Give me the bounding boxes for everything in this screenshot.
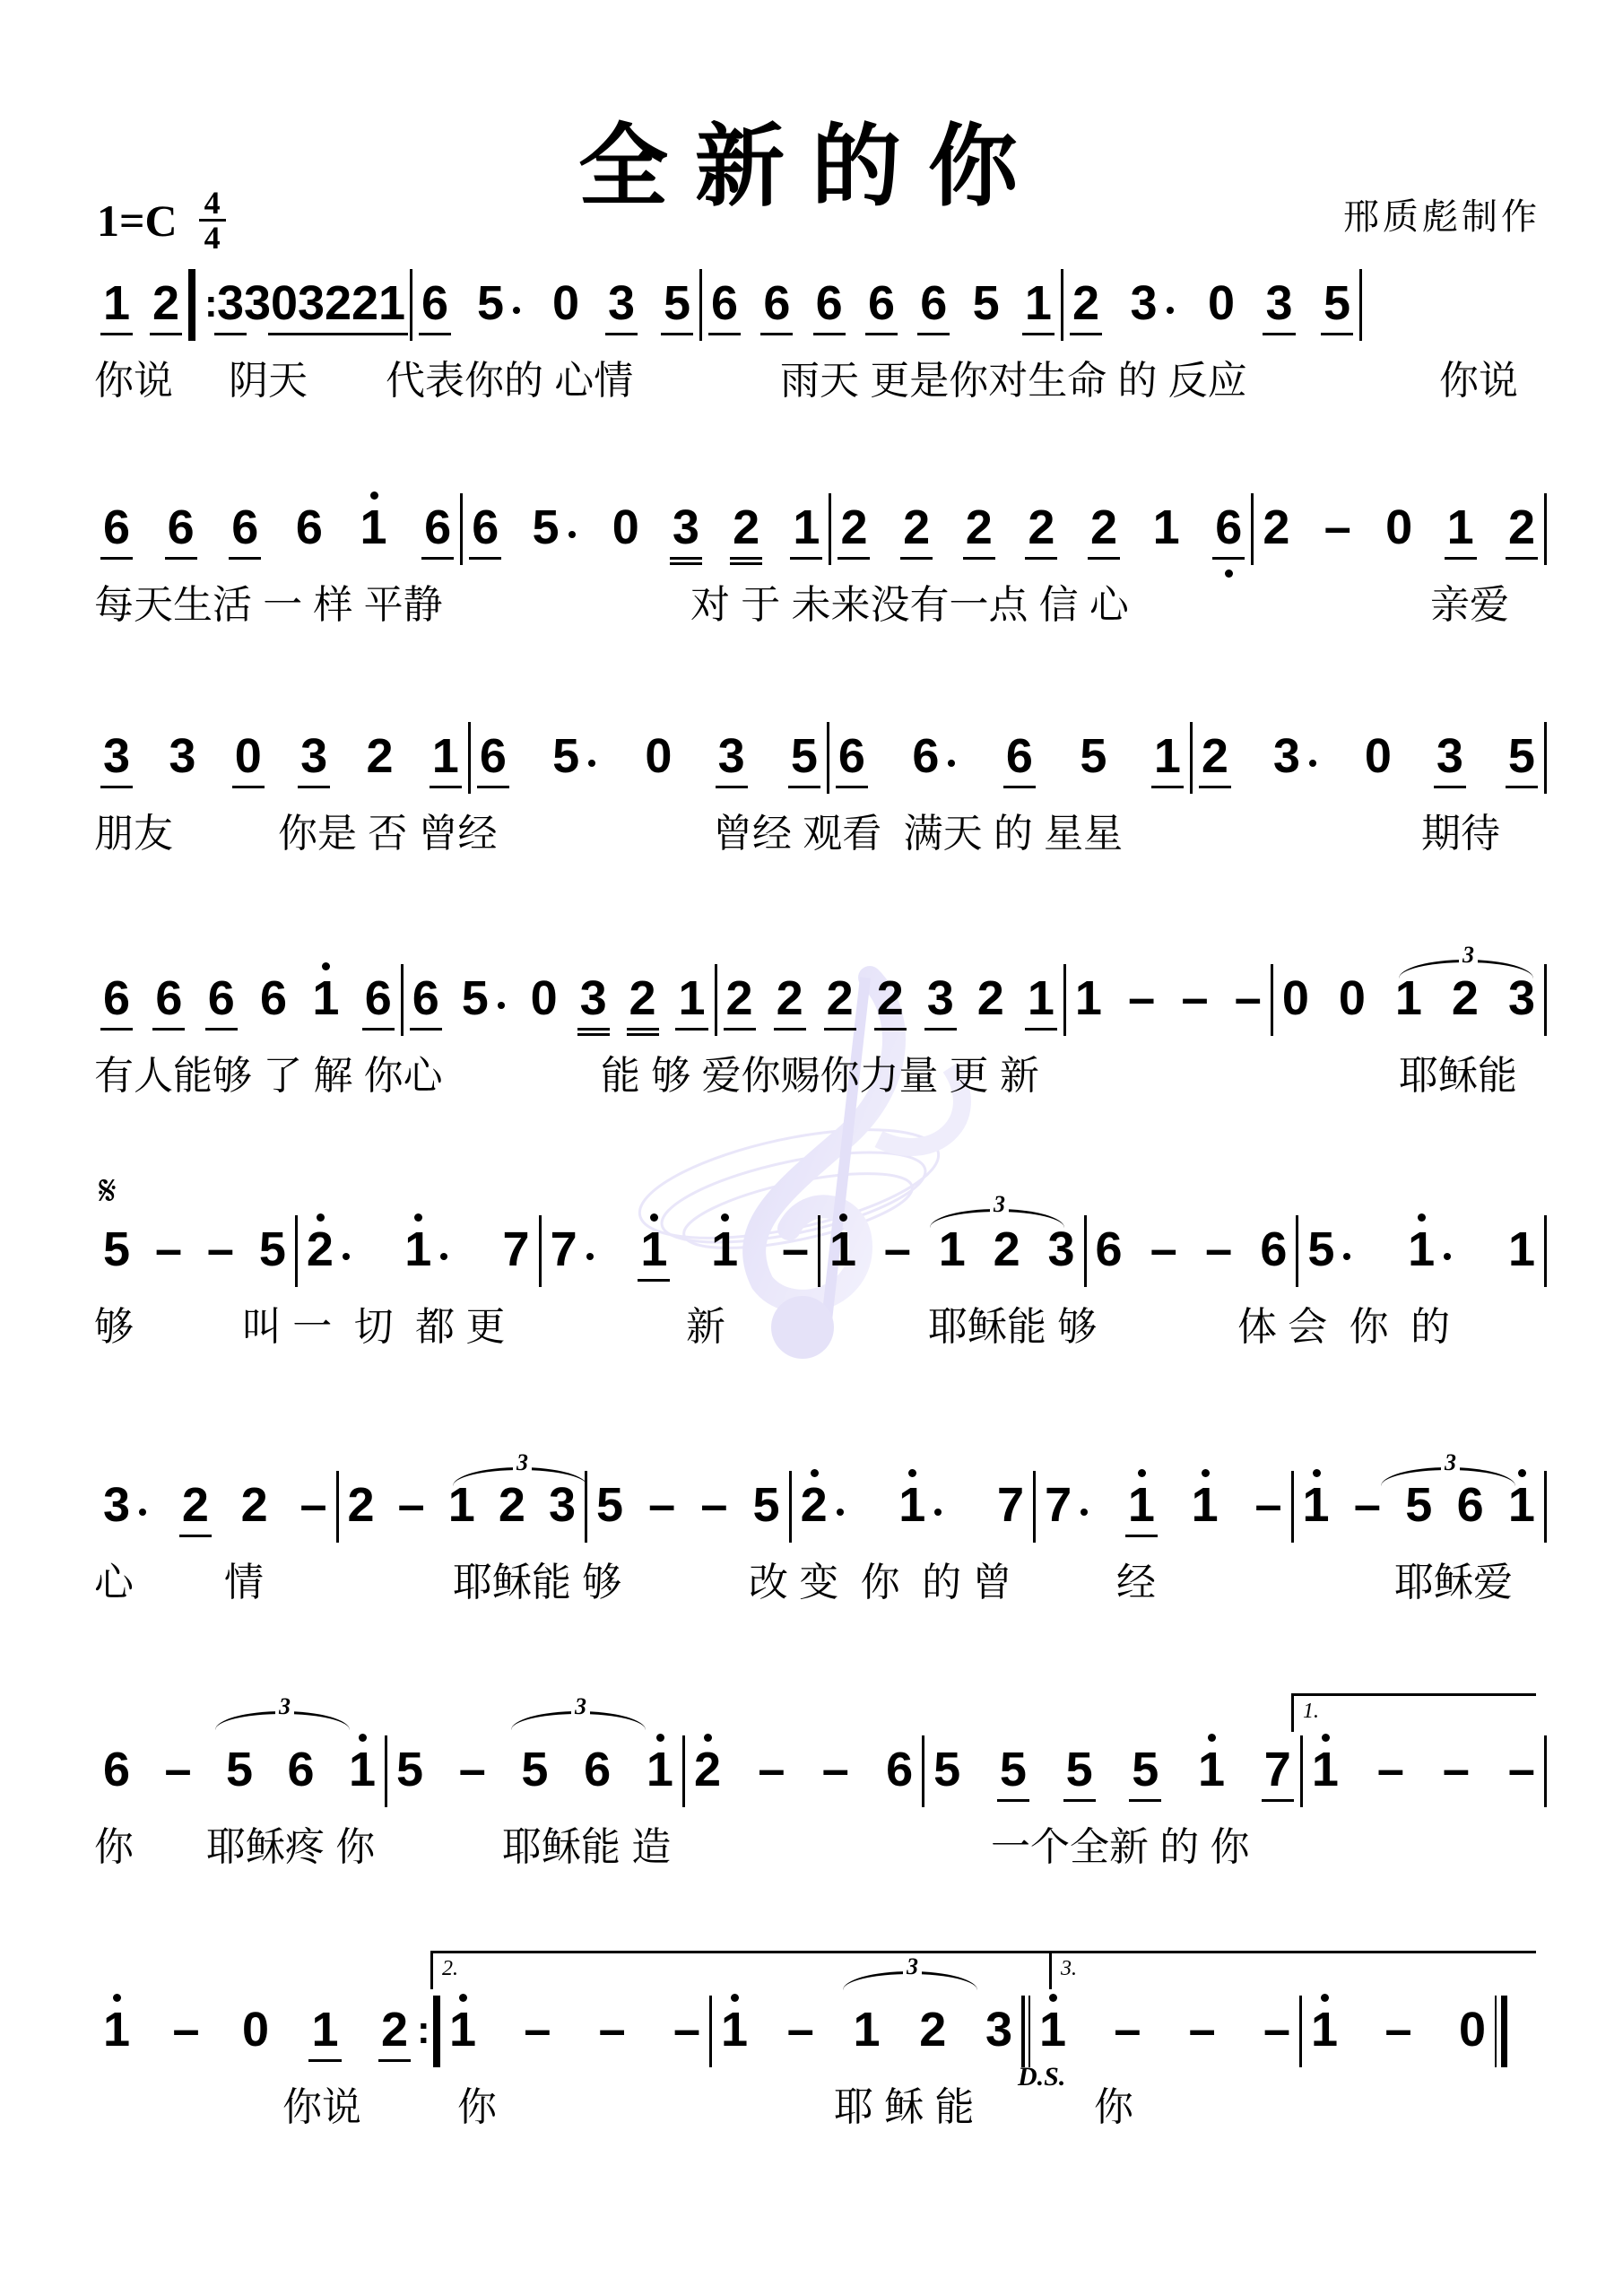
note-digit: 1 [721, 2003, 748, 2057]
note: 7 [1045, 1471, 1072, 1543]
note-digit: – [524, 2003, 551, 2057]
triplet-number: 3 [990, 1191, 1009, 1218]
note: 2 [1263, 493, 1289, 565]
note-digit: 5 [973, 276, 1000, 330]
dash: – [1150, 1215, 1177, 1287]
note: 5 [1324, 269, 1350, 341]
note: 1 [312, 964, 339, 1036]
time-signature-bottom: 4 [204, 222, 221, 254]
note-digit: 3 [169, 729, 195, 783]
measure: 1–012 [94, 1996, 417, 2067]
note-digit: 6 [584, 1743, 611, 1796]
note: 6 [103, 493, 130, 565]
note: 2 [694, 1735, 721, 1807]
note-digit: 1 [1039, 2003, 1066, 2057]
note-digit: 2 [152, 276, 179, 330]
note: 1 [898, 1471, 925, 1543]
note: 3 [217, 269, 244, 341]
note: 3 [169, 722, 195, 794]
barline-single [1544, 493, 1547, 565]
barline-repeatstart [188, 269, 208, 341]
note: 6 [912, 722, 939, 794]
octave-up-dot [650, 1213, 658, 1222]
note-digit: 2 [182, 1478, 209, 1532]
note: 5 [1000, 1735, 1027, 1807]
lyric: 雨天 更是你对生命 的 反应 [780, 348, 1247, 405]
dash: – [1114, 1996, 1141, 2067]
note-digit: 5 [396, 1743, 423, 1796]
note: 0 [612, 493, 639, 565]
dash: – [1189, 1996, 1216, 2067]
note: 6 [886, 1735, 913, 1807]
measure: 1–123 [712, 1996, 1021, 2067]
note-digit: 2 [1090, 500, 1117, 554]
note: 1 [853, 1996, 880, 2067]
note-digit: 5 [521, 1743, 548, 1796]
note-digit: 5 [532, 500, 559, 554]
note-digit: 6 [1006, 729, 1033, 783]
note-digit: 1 [1508, 1478, 1535, 1532]
note: 5 [664, 269, 690, 341]
note-digit: 5 [259, 1222, 286, 1276]
score-row: 6–5615–5612––65555171–––你耶稣疼 你耶稣能 造一个全新 … [94, 1735, 1547, 1843]
note-digit: 1 [360, 500, 387, 554]
note-digit: 2 [726, 971, 753, 1025]
note: 2 [1028, 493, 1055, 565]
note-digit: 1 [1198, 1743, 1225, 1796]
note-digit: – [599, 2003, 626, 2057]
lyrics-line: 每天生活 一 样 平静对 于 未来没有一点 信 心亲爱 [94, 572, 1547, 626]
note-digit: – [1377, 1743, 1404, 1796]
notes-line: 66661665032122222162–012 [94, 493, 1547, 565]
note-digit: 1 [829, 1222, 856, 1276]
octave-up-dot [1202, 1469, 1210, 1477]
dash: – [1205, 1215, 1232, 1287]
note-digit: 5 [753, 1478, 780, 1532]
note: 5 [259, 1215, 286, 1287]
note-digit: 5 [226, 1743, 253, 1796]
dash: – [822, 1735, 849, 1807]
note: 7 [1264, 1735, 1291, 1807]
note-digit: 6 [260, 971, 287, 1025]
note-digit: 6 [168, 500, 195, 554]
measure: 5––5 [587, 1471, 789, 1543]
note-digit: 3 [103, 729, 130, 783]
note: 3 [673, 493, 699, 565]
measure: 3303221 [208, 269, 410, 341]
note-digit: – [758, 1743, 785, 1796]
note-digit: 3 [1436, 729, 1463, 783]
note: 0 [1282, 964, 1309, 1036]
lyrics-line: 够叫 一 切 都 更新耶稣能 够体 会 你 的 [94, 1294, 1547, 1348]
note: 1 [103, 1996, 130, 2067]
note-digit: 5 [1000, 1743, 1027, 1796]
triplet-number: 3 [513, 1449, 532, 1476]
note-digit: – [1384, 2003, 1411, 2057]
note: 6 [103, 1735, 130, 1807]
note-digit: – [1443, 1743, 1470, 1796]
measure: 666616 [94, 493, 460, 565]
note: 1 [1154, 722, 1181, 794]
note-digit: 2 [694, 1743, 721, 1796]
note: 1 [360, 493, 387, 565]
dash: – [1263, 1996, 1290, 2067]
note: 1 [1508, 1215, 1535, 1287]
note-digit: 6 [424, 500, 451, 554]
note: 1 [1028, 964, 1055, 1036]
notes-line: 322–2–1235––5217711–1–561 [94, 1471, 1547, 1543]
measure: 6666651 [702, 269, 1061, 341]
barline-double [1021, 1996, 1030, 2067]
note-digit: 1 [1408, 1222, 1435, 1276]
note-digit: 2 [827, 971, 854, 1025]
lyric: 能 够 爱你赐你力量 更 新 [601, 1043, 1039, 1100]
measure: 1––– [1303, 1735, 1544, 1807]
lyric: 心 [94, 1550, 134, 1607]
note-digit: 0 [242, 2003, 269, 2057]
measure: 5––5 [94, 1215, 295, 1287]
note: 2 [877, 964, 904, 1036]
triplet-number: 3 [571, 1693, 590, 1720]
note: 5 [103, 1215, 130, 1287]
lyric: 耶稣能 够 [453, 1550, 621, 1607]
note-digit: 1 [311, 2003, 338, 2057]
note: 6 [1215, 493, 1242, 565]
lyric: 代表你的 心情 [386, 348, 633, 405]
dash: – [1354, 1471, 1381, 1543]
note-digit: 0 [235, 729, 262, 783]
note: 5 [477, 269, 504, 341]
note-digit: 7 [1045, 1478, 1072, 1532]
volta-bracket: 2. [430, 1951, 1052, 1989]
note-digit: 0 [645, 729, 672, 783]
augmentation-dot [513, 307, 520, 314]
note-digit: 1 [1075, 971, 1102, 1025]
note: 6 [816, 269, 843, 341]
note-digit: 1 [647, 1743, 673, 1796]
note-digit: 6 [103, 971, 130, 1025]
note: 5 [933, 1735, 960, 1807]
note-digit: – [1205, 1222, 1232, 1276]
note: 2 [903, 493, 930, 565]
note-digit: 2 [629, 971, 656, 1025]
note-digit: 5 [596, 1478, 623, 1532]
measure: 711– [1036, 1471, 1290, 1543]
augmentation-dot [343, 1253, 350, 1260]
note-digit: 5 [1132, 1743, 1159, 1796]
octave-up-dot [317, 1213, 325, 1222]
octave-up-dot [1518, 1469, 1526, 1477]
barline-single [1359, 269, 1362, 341]
note: 0 [271, 269, 298, 341]
note-digit: 7 [503, 1222, 530, 1276]
note: 1 [1312, 1735, 1339, 1807]
measure: 6––6 [1087, 1215, 1297, 1287]
note-digit: 6 [208, 971, 235, 1025]
note: 7 [503, 1215, 530, 1287]
note: 2 [726, 964, 753, 1036]
dash: – [648, 1471, 675, 1543]
lyric: 亲爱 [1430, 572, 1509, 630]
note-digit: – [398, 1478, 425, 1532]
dash: – [524, 1996, 551, 2067]
note: 6 [231, 493, 258, 565]
barline-single [1544, 1215, 1547, 1287]
note: 0 [235, 722, 262, 794]
lyric: 经 [1116, 1550, 1156, 1607]
note-digit: 1 [432, 729, 459, 783]
note: 2 [381, 1996, 408, 2067]
dash: – [459, 1735, 486, 1807]
measure: 1––– [440, 1996, 709, 2067]
measure: 322– [94, 1471, 336, 1543]
note-digit: 6 [920, 276, 947, 330]
note-digit: 2 [348, 1478, 375, 1532]
note: 1 [1408, 1215, 1435, 1287]
note-digit: – [1324, 500, 1351, 554]
note: 2 [977, 964, 1004, 1036]
dash: – [673, 1996, 700, 2067]
note: 0 [242, 1996, 269, 2067]
measure: 66651 [829, 722, 1190, 794]
score-row: 66661665032122222162–012每天生活 一 样 平静对 于 未… [94, 493, 1547, 601]
note: 5 [1066, 1735, 1093, 1807]
lyric: 朋友 [94, 801, 173, 858]
note-digit: 2 [325, 276, 352, 330]
note-digit: – [1508, 1743, 1535, 1796]
lyrics-line: 心情耶稣能 够改 变 你 的 曾经耶稣爱 [94, 1550, 1547, 1604]
note: 2 [840, 493, 867, 565]
note: 6 [1260, 1215, 1287, 1287]
note-digit: 3 [103, 1478, 130, 1532]
note-digit: 1 [103, 2003, 130, 2057]
barline-single [1544, 964, 1547, 1036]
score-row: 330321650356665123035朋友你是 否 曾经曾经 观看 满天 的… [94, 722, 1547, 830]
note: 5 [973, 269, 1000, 341]
note: 2 [366, 722, 393, 794]
note-digit: 6 [763, 276, 790, 330]
lyric: 耶 稣 能 [834, 2074, 985, 2132]
note: 5 [462, 964, 489, 1036]
note: 1 [1192, 1471, 1219, 1543]
note-digit: 6 [1260, 1222, 1287, 1276]
note-digit: 1 [711, 1222, 738, 1276]
notes-line: 66661665032122223211–––00123 [94, 964, 1547, 1036]
note-digit: 6 [838, 729, 865, 783]
key-signature: 1=C 4 4 [97, 187, 226, 254]
note-digit: 2 [977, 971, 1004, 1025]
note: 1 [678, 964, 705, 1036]
augmentation-dot [1444, 1253, 1451, 1260]
note: 5 [1508, 722, 1535, 794]
note: 3 [300, 722, 327, 794]
note-digit: 0 [1459, 2003, 1486, 2057]
key-label: 1=C [97, 195, 178, 247]
note-digit: 2 [801, 1478, 828, 1532]
note: 2 [629, 964, 656, 1036]
note: 2 [182, 1471, 209, 1543]
note-digit: 5 [1508, 729, 1535, 783]
note-digit: 1 [1025, 276, 1052, 330]
note: 1 [432, 722, 459, 794]
note: 2 [1508, 493, 1535, 565]
note-digit: 2 [1028, 500, 1055, 554]
score-row: 322–2–1235––5217711–1–561心情耶稣能 够改 变 你 的 … [94, 1471, 1547, 1578]
note: 6 [480, 722, 507, 794]
note: 3 [1273, 722, 1300, 794]
note: 0 [645, 722, 672, 794]
note: 6 [155, 964, 182, 1036]
measure: 2––6 [685, 1735, 922, 1807]
octave-up-dot [1321, 1994, 1329, 2002]
measure: 330321 [94, 722, 468, 794]
note: 1 [711, 1215, 738, 1287]
note-digit: – [884, 1222, 911, 1276]
note-digit: 3 [244, 276, 271, 330]
barline-single [1544, 722, 1547, 794]
measure: 650321 [463, 493, 829, 565]
lyric: 你 [457, 2074, 497, 2132]
note: 6 [584, 1735, 611, 1807]
note: 2 [733, 493, 759, 565]
note-digit: 3 [1265, 276, 1292, 330]
note-digit: 0 [1365, 729, 1392, 783]
note-digit: 6 [472, 500, 499, 554]
note: 6 [868, 269, 895, 341]
note-digit: 6 [155, 971, 182, 1025]
note-digit: 0 [1339, 971, 1366, 1025]
lyric: 你是 否 曾经 [278, 801, 497, 858]
note-digit: 1 [349, 1743, 376, 1796]
note: 3 [1130, 269, 1157, 341]
barline-single [1544, 1471, 1547, 1543]
note-digit: 6 [103, 1743, 130, 1796]
note: 6 [365, 964, 392, 1036]
dash: – [1128, 964, 1155, 1036]
note: 3 [608, 269, 635, 341]
note-digit: 6 [912, 729, 939, 783]
note-digit: 2 [733, 500, 759, 554]
note: 5 [596, 1471, 623, 1543]
note-digit: 1 [312, 971, 339, 1025]
note-digit: 2 [366, 729, 393, 783]
note: 1 [349, 1735, 376, 1807]
note-digit: – [673, 2003, 700, 2057]
note-digit: 2 [919, 2003, 946, 2057]
dash: – [172, 1996, 199, 2067]
measure: 217 [298, 1215, 539, 1287]
octave-up-dot [839, 1213, 847, 1222]
octave-up-dot [1049, 1994, 1057, 2002]
note-digit: – [172, 2003, 199, 2057]
note-digit: – [1235, 971, 1262, 1025]
lyric: 阴天 [229, 348, 308, 405]
measure: 2222216 [831, 493, 1251, 565]
measure: 511 [1298, 1215, 1544, 1287]
note-digit: 2 [903, 500, 930, 554]
octave-up-dot [459, 1994, 467, 2002]
note-digit: – [1189, 2003, 1216, 2057]
note-digit: 3 [985, 2003, 1012, 2057]
octave-up-dot [731, 1994, 739, 2002]
note-digit: 1 [449, 2003, 476, 2057]
lyric: 耶稣能 造 [502, 1814, 671, 1872]
note: 5 [1132, 1735, 1159, 1807]
note-digit: – [459, 1743, 486, 1796]
note-digit: 6 [103, 500, 130, 554]
note-digit: 6 [421, 276, 448, 330]
lyric: 新 [686, 1294, 725, 1352]
notes-line: 330321650356665123035 [94, 722, 1547, 794]
dal-segno-mark: D.S. [1018, 2062, 1065, 2092]
lyrics-line: 有人能够 了 解 你心能 够 爱你赐你力量 更 新耶稣能 [94, 1043, 1547, 1097]
barline-single [1544, 1735, 1547, 1807]
note: 6 [424, 493, 451, 565]
note: 6 [472, 493, 499, 565]
note-digit: 6 [1096, 1222, 1123, 1276]
note: 1 [404, 1215, 431, 1287]
measure: 650321 [404, 964, 715, 1036]
note-digit: 1 [678, 971, 705, 1025]
note-digit: 1 [404, 1222, 431, 1276]
note-digit: 1 [1154, 729, 1181, 783]
note-digit: 3 [217, 276, 244, 330]
note: 1 [311, 1996, 338, 2067]
volta-bracket: 1. [1291, 1693, 1536, 1732]
note: 6 [296, 493, 323, 565]
octave-up-dot [359, 1734, 367, 1742]
note-digit: 0 [1208, 276, 1235, 330]
note-digit: 6 [287, 1743, 314, 1796]
note-digit: 3 [718, 729, 745, 783]
note-digit: – [1263, 2003, 1290, 2057]
note-digit: 7 [997, 1478, 1024, 1532]
note-digit: 3 [1047, 1222, 1074, 1276]
note: 6 [103, 964, 130, 1036]
note: 0 [531, 964, 558, 1036]
note-digit: – [1254, 1478, 1281, 1532]
lyric: 你说 [1439, 348, 1518, 405]
lyric: 曾经 观看 满天 的 星星 [713, 801, 1123, 858]
note-digit: 2 [1202, 729, 1228, 783]
note: 6 [260, 964, 287, 1036]
note: 6 [287, 1735, 314, 1807]
octave-up-dot [1418, 1213, 1426, 1222]
note-digit: 3 [608, 276, 635, 330]
note: 6 [711, 269, 738, 341]
time-signature-top: 4 [204, 187, 221, 219]
lyric: 期待 [1421, 801, 1500, 858]
note: 0 [1339, 964, 1366, 1036]
note: 0 [552, 269, 579, 341]
note-digit: 1 [1153, 500, 1180, 554]
barline-final [1495, 1996, 1507, 2067]
dash: – [155, 1215, 182, 1287]
octave-up-dot [113, 1994, 121, 2002]
octave-up-dot [908, 1469, 916, 1477]
measure: 1––– [1066, 964, 1271, 1036]
note: 1 [721, 1996, 748, 2067]
note-digit: – [700, 1478, 727, 1532]
author-credit: 邢质彪制作 [1343, 188, 1541, 239]
note: 2 [348, 1471, 375, 1543]
note: 6 [838, 722, 865, 794]
volta-bracket: 3. [1049, 1951, 1536, 1989]
note-digit: 3 [673, 500, 699, 554]
augmentation-dot [498, 1002, 505, 1009]
note-digit: 2 [1508, 500, 1535, 554]
note-digit: 3 [927, 971, 954, 1025]
